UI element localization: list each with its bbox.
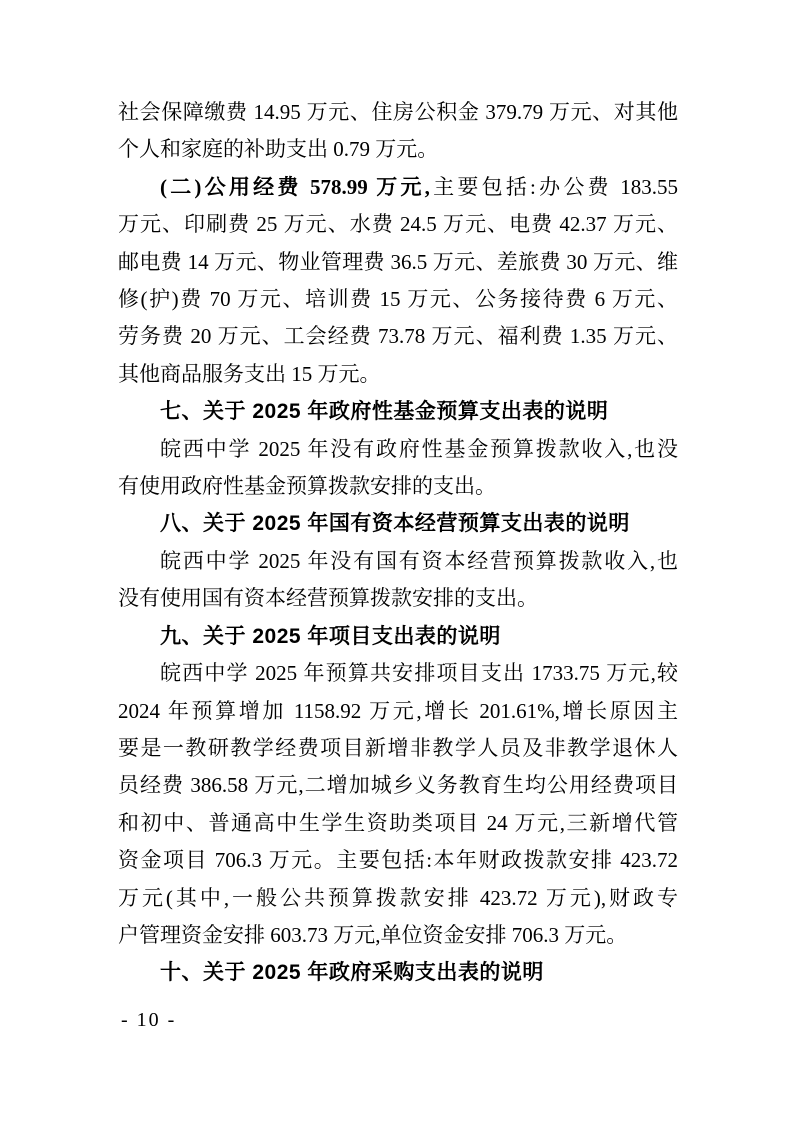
section-heading: 八、关于 2025 年国有资本经营预算支出表的说明 — [118, 505, 678, 542]
text-line: (二)公用经费 578.99 万元,主要包括:办公费 183.55 — [118, 169, 678, 206]
text-run: 其他商品服务支出 15 万元。 — [118, 362, 381, 386]
text-line: 没有使用国有资本经营预算拨款安排的支出。 — [118, 580, 678, 617]
bold-text-run: 七、关于 2025 年政府性基金预算支出表的说明 — [160, 400, 608, 423]
text-run: 有使用政府性基金预算拨款安排的支出。 — [118, 474, 496, 498]
text-run: 万元、印刷费 25 万元、水费 24.5 万元、电费 42.37 万元、 — [118, 212, 678, 236]
text-line: 资金项目 706.3 万元。主要包括:本年财政拨款安排 423.72 — [118, 842, 678, 879]
text-run: 劳务费 20 万元、工会经费 73.78 万元、福利费 1.35 万元、 — [118, 324, 678, 348]
text-run: 个人和家庭的补助支出 0.79 万元。 — [118, 137, 438, 161]
text-line: 劳务费 20 万元、工会经费 73.78 万元、福利费 1.35 万元、 — [118, 318, 678, 355]
text-line: 其他商品服务支出 15 万元。 — [118, 356, 678, 393]
section-heading: 七、关于 2025 年政府性基金预算支出表的说明 — [118, 393, 678, 430]
text-run: 邮电费 14 万元、物业管理费 36.5 万元、差旅费 30 万元、维 — [118, 250, 678, 274]
text-run: 万元(其中,一般公共预算拨款安排 423.72 万元),财政专 — [118, 886, 678, 910]
section-heading: 十、关于 2025 年政府采购支出表的说明 — [118, 954, 678, 991]
section-heading: 九、关于 2025 年项目支出表的说明 — [118, 618, 678, 655]
text-line: 2024 年预算增加 1158.92 万元,增长 201.61%,增长原因主 — [118, 693, 678, 730]
bold-text-run: 十、关于 2025 年政府采购支出表的说明 — [160, 961, 544, 984]
bold-text-run: 九、关于 2025 年项目支出表的说明 — [160, 625, 501, 648]
text-run: 要是一教研教学经费项目新增非教学人员及非教学退休人 — [118, 736, 678, 760]
text-line: 皖西中学 2025 年预算共安排项目支出 1733.75 万元,较 — [118, 655, 678, 692]
text-run: 员经费 386.58 万元,二增加城乡义务教育生均公用经费项目 — [118, 773, 678, 797]
document-content: 社会保障缴费 14.95 万元、住房公积金 379.79 万元、对其他个人和家庭… — [118, 94, 678, 992]
text-run: 主要包括:办公费 183.55 — [430, 175, 678, 199]
text-line: 个人和家庭的补助支出 0.79 万元。 — [118, 131, 678, 168]
text-line: 万元、印刷费 25 万元、水费 24.5 万元、电费 42.37 万元、 — [118, 206, 678, 243]
bold-text-run: 八、关于 2025 年国有资本经营预算支出表的说明 — [160, 512, 630, 535]
text-run: 没有使用国有资本经营预算拨款安排的支出。 — [118, 586, 538, 610]
bold-text-run: (二)公用经费 578.99 万元, — [160, 175, 430, 199]
text-run: 社会保障缴费 14.95 万元、住房公积金 379.79 万元、对其他 — [118, 100, 678, 124]
text-run: 2024 年预算增加 1158.92 万元,增长 201.61%,增长原因主 — [118, 699, 678, 723]
document-page: 社会保障缴费 14.95 万元、住房公积金 379.79 万元、对其他个人和家庭… — [0, 0, 793, 1122]
text-run: 资金项目 706.3 万元。主要包括:本年财政拨款安排 423.72 — [118, 848, 678, 872]
text-line: 要是一教研教学经费项目新增非教学人员及非教学退休人 — [118, 730, 678, 767]
page-number: - 10 - — [121, 1009, 176, 1031]
text-run: 皖西中学 2025 年没有国有资本经营预算拨款收入,也 — [160, 549, 678, 573]
text-line: 户管理资金安排 603.73 万元,单位资金安排 706.3 万元。 — [118, 917, 678, 954]
text-line: 皖西中学 2025 年没有政府性基金预算拨款收入,也没 — [118, 431, 678, 468]
page-footer: - 10 - — [121, 1006, 176, 1034]
text-run: 修(护)费 70 万元、培训费 15 万元、公务接待费 6 万元、 — [118, 287, 678, 311]
text-line: 皖西中学 2025 年没有国有资本经营预算拨款收入,也 — [118, 543, 678, 580]
text-line: 修(护)费 70 万元、培训费 15 万元、公务接待费 6 万元、 — [118, 281, 678, 318]
text-line: 万元(其中,一般公共预算拨款安排 423.72 万元),财政专 — [118, 880, 678, 917]
text-run: 户管理资金安排 603.73 万元,单位资金安排 706.3 万元。 — [118, 923, 627, 947]
text-run: 皖西中学 2025 年预算共安排项目支出 1733.75 万元,较 — [160, 661, 678, 685]
text-line: 有使用政府性基金预算拨款安排的支出。 — [118, 468, 678, 505]
text-run: 和初中、普通高中生学生资助类项目 24 万元,三新增代管 — [118, 811, 678, 835]
text-run: 皖西中学 2025 年没有政府性基金预算拨款收入,也没 — [160, 437, 678, 461]
text-line: 员经费 386.58 万元,二增加城乡义务教育生均公用经费项目 — [118, 767, 678, 804]
text-line: 邮电费 14 万元、物业管理费 36.5 万元、差旅费 30 万元、维 — [118, 244, 678, 281]
text-line: 社会保障缴费 14.95 万元、住房公积金 379.79 万元、对其他 — [118, 94, 678, 131]
text-line: 和初中、普通高中生学生资助类项目 24 万元,三新增代管 — [118, 805, 678, 842]
